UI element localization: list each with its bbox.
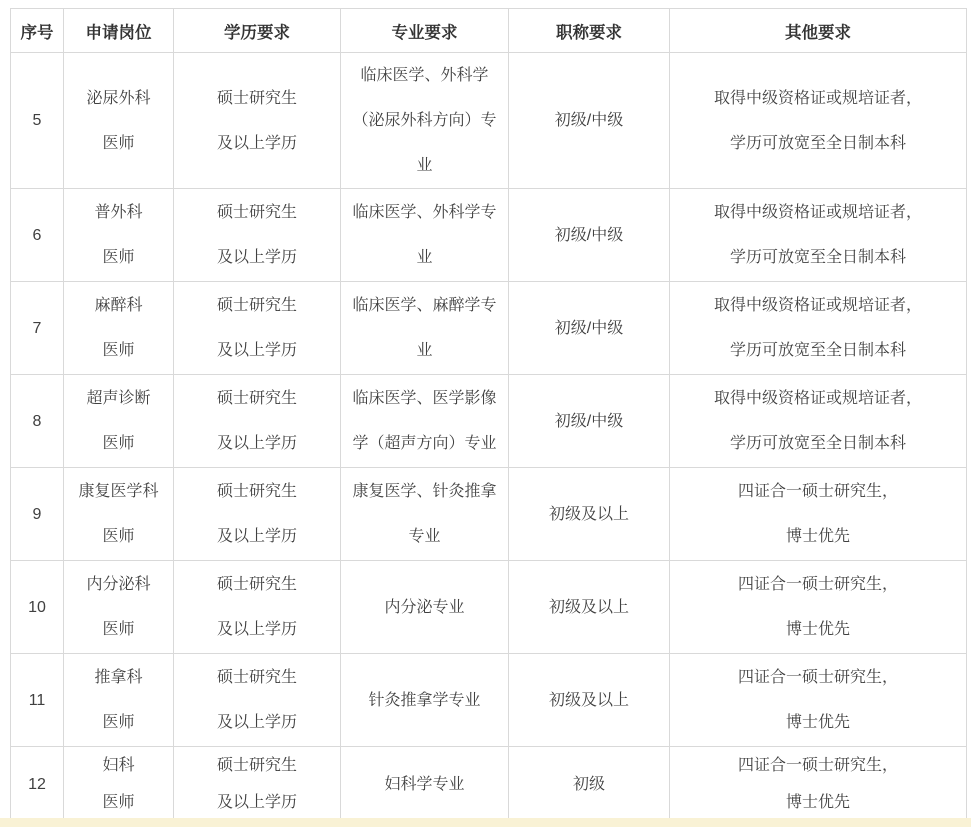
recruitment-requirements-table: 序号 申请岗位 学历要求 专业要求 职称要求 其他要求 5 泌尿外科 医师 硕士… (10, 8, 967, 822)
header-position: 申请岗位 (64, 9, 174, 53)
cell-major: 临床医学、麻醉学专 业 (341, 282, 509, 375)
cell-position: 超声诊断 医师 (64, 375, 174, 468)
header-row: 序号 申请岗位 学历要求 专业要求 职称要求 其他要求 (11, 9, 967, 53)
cell-line: 硕士研究生 (174, 76, 340, 121)
cell-education: 硕士研究生 及以上学历 (174, 189, 341, 282)
cell-line: 医师 (64, 607, 173, 652)
cell-other: 四证合一硕士研究生， 博士优先 (670, 561, 967, 654)
cell-line: 医师 (64, 700, 173, 745)
cell-line: 临床医学、医学影像 (341, 376, 508, 421)
cell-line: 麻醉科 (64, 283, 173, 328)
cell-line: 普外科 (64, 190, 173, 235)
cell-seq: 5 (11, 53, 64, 189)
cell-line: 及以上学历 (174, 328, 340, 373)
cell-position: 推拿科 医师 (64, 654, 174, 747)
cell-line: 妇科 (64, 747, 173, 784)
page-bottom-band (0, 818, 971, 827)
cell-title: 初级及以上 (509, 561, 670, 654)
cell-line: 初级及以上 (509, 678, 669, 723)
cell-line: 5 (11, 98, 63, 143)
cell-line: 专业 (341, 514, 508, 559)
cell-line: 初级及以上 (509, 585, 669, 630)
cell-title: 初级/中级 (509, 282, 670, 375)
cell-major: 临床医学、外科学 （泌尿外科方向）专 业 (341, 53, 509, 189)
cell-seq: 6 (11, 189, 64, 282)
cell-line: 取得中级资格证或规培证者， (670, 376, 966, 421)
cell-line: 康复医学、针灸推拿 (341, 469, 508, 514)
cell-line: 四证合一硕士研究生， (670, 562, 966, 607)
cell-line: 12 (11, 766, 63, 803)
table-row: 6 普外科 医师 硕士研究生 及以上学历 临床医学、外科学专 业 初级/中级 取… (11, 189, 967, 282)
cell-seq: 9 (11, 468, 64, 561)
cell-line: 初级及以上 (509, 492, 669, 537)
cell-line: 6 (11, 213, 63, 258)
table-row: 5 泌尿外科 医师 硕士研究生 及以上学历 临床医学、外科学 （泌尿外科方向）专… (11, 53, 967, 189)
cell-other: 四证合一硕士研究生， 博士优先 (670, 468, 967, 561)
cell-line: 9 (11, 492, 63, 537)
cell-other: 取得中级资格证或规培证者， 学历可放宽至全日制本科 (670, 53, 967, 189)
cell-title: 初级/中级 (509, 189, 670, 282)
cell-line: 业 (341, 235, 508, 280)
cell-line: 临床医学、麻醉学专 (341, 283, 508, 328)
cell-line: 临床医学、外科学 (341, 53, 508, 98)
header-education: 学历要求 (174, 9, 341, 53)
cell-line: 8 (11, 399, 63, 444)
cell-line: 11 (11, 678, 63, 723)
cell-seq: 10 (11, 561, 64, 654)
cell-line: 妇科学专业 (341, 766, 508, 803)
cell-position: 妇科 医师 (64, 747, 174, 822)
cell-line: 医师 (64, 235, 173, 280)
cell-line: 内分泌科 (64, 562, 173, 607)
cell-position: 内分泌科 医师 (64, 561, 174, 654)
cell-title: 初级 (509, 747, 670, 822)
cell-line: 超声诊断 (64, 376, 173, 421)
cell-seq: 7 (11, 282, 64, 375)
table-row: 9 康复医学科 医师 硕士研究生 及以上学历 康复医学、针灸推拿 专业 初级及以… (11, 468, 967, 561)
cell-line: 学历可放宽至全日制本科 (670, 421, 966, 466)
cell-title: 初级及以上 (509, 654, 670, 747)
cell-line: 及以上学历 (174, 784, 340, 821)
cell-line: 业 (341, 328, 508, 373)
cell-line: 及以上学历 (174, 700, 340, 745)
cell-line: 四证合一硕士研究生， (670, 747, 966, 784)
cell-seq: 11 (11, 654, 64, 747)
cell-line: （泌尿外科方向）专 (341, 98, 508, 143)
cell-line: 7 (11, 306, 63, 351)
cell-line: 四证合一硕士研究生， (670, 469, 966, 514)
cell-line: 博士优先 (670, 607, 966, 652)
cell-education: 硕士研究生 及以上学历 (174, 747, 341, 822)
table-row: 11 推拿科 医师 硕士研究生 及以上学历 针灸推拿学专业 初级及以上 四证合一… (11, 654, 967, 747)
cell-line: 内分泌专业 (341, 585, 508, 630)
cell-line: 取得中级资格证或规培证者， (670, 76, 966, 121)
cell-line: 针灸推拿学专业 (341, 678, 508, 723)
cell-major: 临床医学、外科学专 业 (341, 189, 509, 282)
cell-line: 医师 (64, 421, 173, 466)
cell-title: 初级/中级 (509, 375, 670, 468)
cell-line: 学历可放宽至全日制本科 (670, 235, 966, 280)
cell-line: 及以上学历 (174, 514, 340, 559)
cell-line: 初级/中级 (509, 98, 669, 143)
table-row: 10 内分泌科 医师 硕士研究生 及以上学历 内分泌专业 初级及以上 四证合一硕… (11, 561, 967, 654)
page: 序号 申请岗位 学历要求 专业要求 职称要求 其他要求 5 泌尿外科 医师 硕士… (0, 0, 971, 827)
cell-other: 四证合一硕士研究生， 博士优先 (670, 654, 967, 747)
cell-seq: 12 (11, 747, 64, 822)
cell-other: 四证合一硕士研究生， 博士优先 (670, 747, 967, 822)
cell-line: 临床医学、外科学专 (341, 190, 508, 235)
cell-line: 医师 (64, 121, 173, 166)
header-other: 其他要求 (670, 9, 967, 53)
cell-other: 取得中级资格证或规培证者， 学历可放宽至全日制本科 (670, 375, 967, 468)
cell-line: 业 (341, 143, 508, 188)
cell-major: 临床医学、医学影像 学（超声方向）专业 (341, 375, 509, 468)
cell-title: 初级/中级 (509, 53, 670, 189)
cell-education: 硕士研究生 及以上学历 (174, 468, 341, 561)
cell-position: 泌尿外科 医师 (64, 53, 174, 189)
cell-line: 博士优先 (670, 784, 966, 821)
cell-line: 硕士研究生 (174, 283, 340, 328)
cell-line: 硕士研究生 (174, 747, 340, 784)
cell-line: 及以上学历 (174, 235, 340, 280)
cell-other: 取得中级资格证或规培证者， 学历可放宽至全日制本科 (670, 282, 967, 375)
cell-line: 康复医学科 (64, 469, 173, 514)
cell-line: 取得中级资格证或规培证者， (670, 283, 966, 328)
cell-line: 10 (11, 585, 63, 630)
cell-line: 及以上学历 (174, 607, 340, 652)
cell-other: 取得中级资格证或规培证者， 学历可放宽至全日制本科 (670, 189, 967, 282)
cell-education: 硕士研究生 及以上学历 (174, 282, 341, 375)
cell-line: 硕士研究生 (174, 562, 340, 607)
cell-position: 康复医学科 医师 (64, 468, 174, 561)
cell-major: 康复医学、针灸推拿 专业 (341, 468, 509, 561)
cell-line: 硕士研究生 (174, 655, 340, 700)
cell-line: 学（超声方向）专业 (341, 421, 508, 466)
cell-line: 硕士研究生 (174, 190, 340, 235)
cell-title: 初级及以上 (509, 468, 670, 561)
cell-line: 硕士研究生 (174, 376, 340, 421)
cell-line: 医师 (64, 514, 173, 559)
cell-line: 初级/中级 (509, 306, 669, 351)
cell-line: 硕士研究生 (174, 469, 340, 514)
cell-line: 学历可放宽至全日制本科 (670, 328, 966, 373)
cell-line: 取得中级资格证或规培证者， (670, 190, 966, 235)
cell-major: 内分泌专业 (341, 561, 509, 654)
cell-line: 初级/中级 (509, 399, 669, 444)
cell-education: 硕士研究生 及以上学历 (174, 53, 341, 189)
cell-line: 初级/中级 (509, 213, 669, 258)
cell-line: 博士优先 (670, 700, 966, 745)
cell-education: 硕士研究生 及以上学历 (174, 654, 341, 747)
table-row: 8 超声诊断 医师 硕士研究生 及以上学历 临床医学、医学影像 学（超声方向）专… (11, 375, 967, 468)
table-row: 12 妇科 医师 硕士研究生 及以上学历 妇科学专业 初级 四证合一硕士研究生，… (11, 747, 967, 822)
cell-line: 学历可放宽至全日制本科 (670, 121, 966, 166)
cell-line: 医师 (64, 328, 173, 373)
cell-line: 博士优先 (670, 514, 966, 559)
cell-line: 医师 (64, 784, 173, 821)
table-row: 7 麻醉科 医师 硕士研究生 及以上学历 临床医学、麻醉学专 业 初级/中级 取… (11, 282, 967, 375)
header-major: 专业要求 (341, 9, 509, 53)
cell-line: 初级 (509, 766, 669, 803)
cell-education: 硕士研究生 及以上学历 (174, 375, 341, 468)
cell-line: 推拿科 (64, 655, 173, 700)
cell-line: 及以上学历 (174, 121, 340, 166)
cell-line: 及以上学历 (174, 421, 340, 466)
cell-line: 泌尿外科 (64, 76, 173, 121)
header-title: 职称要求 (509, 9, 670, 53)
cell-education: 硕士研究生 及以上学历 (174, 561, 341, 654)
cell-line: 四证合一硕士研究生， (670, 655, 966, 700)
cell-seq: 8 (11, 375, 64, 468)
cell-major: 针灸推拿学专业 (341, 654, 509, 747)
cell-position: 普外科 医师 (64, 189, 174, 282)
header-seq: 序号 (11, 9, 64, 53)
cell-position: 麻醉科 医师 (64, 282, 174, 375)
cell-major: 妇科学专业 (341, 747, 509, 822)
